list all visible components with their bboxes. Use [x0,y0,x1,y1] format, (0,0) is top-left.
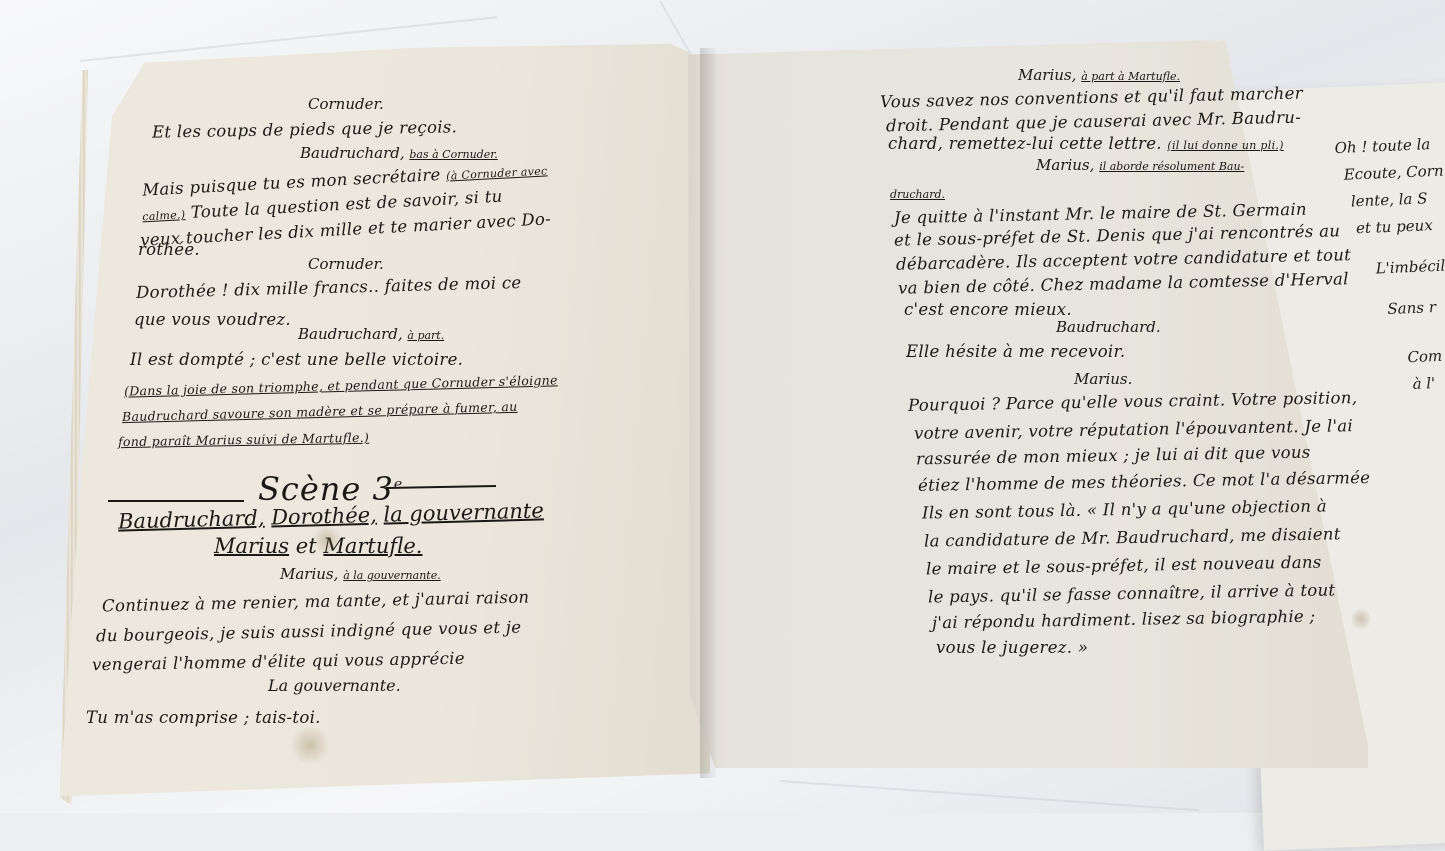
speaker-label: Baudruchard, [300,144,405,162]
stage-direction: à part. [407,329,444,342]
speaker-name: Baudruchard, à part. [298,325,444,343]
rust-stain [312,525,342,555]
speaker-name: Cornuder. [308,255,384,273]
speaker-name: Marius, à part à Martufle. [1018,66,1180,84]
fragment: L'imbécil [1375,249,1445,283]
paper-stain [1352,606,1370,632]
dialogue-line: chard, remettez-lui cette lettre. (il lu… [888,134,1284,153]
stage-direction: druchard. [890,188,945,201]
dialogue-line: vous le jugerez. » [936,638,1088,657]
stage-direction: (il lui donne un pli.) [1167,139,1283,152]
fragment: à l' [1412,366,1445,399]
speaker-label: Marius, [1036,156,1094,174]
dialogue-line: que vous voudrez. [134,310,291,329]
ink-stain [290,725,330,765]
dialogue-line: Elle hésite à me recevoir. [906,342,1125,361]
fragment: Sans r [1387,290,1445,323]
dialogue-line: rothée. [138,240,200,259]
fragment: Oh ! toute la [1334,127,1445,162]
speaker-name: Cornuder. [308,95,384,113]
speaker-name: La gouvernante. [268,676,401,695]
speaker-name: Marius, à la gouvernante. [280,565,441,583]
dialogue-line: Tu m'as comprise ; tais-toi. [86,708,321,727]
stage-direction: bas à Cornuder. [409,148,497,161]
speaker-name: Marius, il aborde résolument Bau- [1036,156,1244,174]
cast-member: Baudruchard, [118,506,265,534]
speaker-name: Baudruchard, bas à Cornuder. [300,144,498,162]
book-gutter [700,48,716,778]
speaker-name: Baudruchard. [1056,318,1161,336]
dialogue-line: Il est dompté ; c'est une belle victoire… [130,350,463,369]
cast-member: Marius [214,534,289,558]
fragment: Com [1407,339,1445,372]
heading-rule-left [108,500,244,502]
stage-direction: à part à Martufle. [1081,70,1180,83]
stage-direction: il aborde résolument Bau- [1099,160,1244,173]
dialogue-line: c'est encore mieux. [904,300,1072,319]
scene-title-sup: e [394,476,403,492]
speaker-label: Marius, [1018,66,1076,84]
cast-member: la gouvernante [383,498,544,526]
line-text: chard, remettez-lui cette lettre. [888,134,1162,153]
speaker-label: Marius, [280,565,338,583]
speaker-label: Baudruchard, [298,325,403,343]
speaker-name: Marius. [1074,370,1132,388]
stage-direction: calme.) [142,208,186,223]
stage-direction: à la gouvernante. [343,569,441,582]
